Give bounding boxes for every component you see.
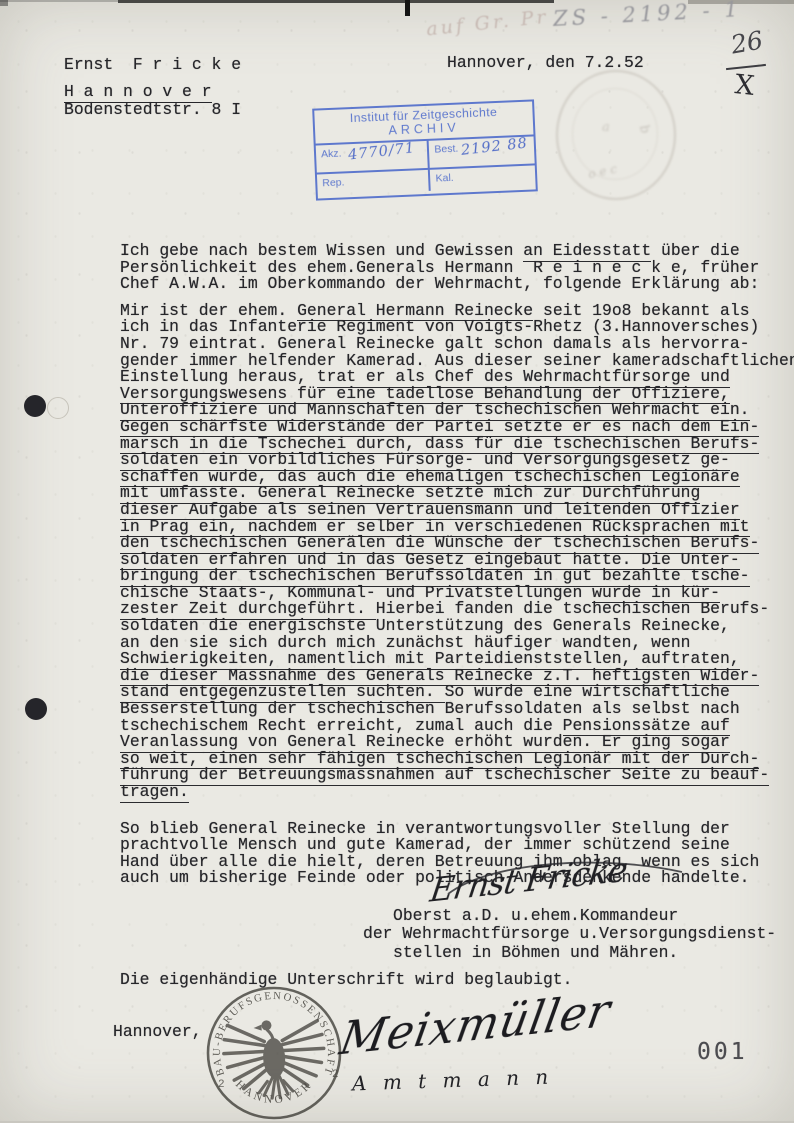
sender-name: Ernst F r i c k e <box>64 57 241 74</box>
scan-edge-mark <box>0 0 118 2</box>
signature-title-line1: Oberst a.D. u.ehem.Kommandeur <box>363 907 776 925</box>
field-value-handwritten: 4770/71 <box>347 140 416 163</box>
archive-ref-number: ZS - 2192 - 1 <box>553 0 743 31</box>
archive-stamp-field-rep: Rep. <box>317 170 431 196</box>
signature-title-line3: stellen in Böhmen und Mähren. <box>363 944 776 962</box>
text-line: dieser Aufgabe als seinen Vertrauensmann… <box>120 502 794 519</box>
page-number-stamp: 001 <box>697 1039 748 1065</box>
underlined-text: führung der Betreuungsmassnahmen auf tsc… <box>120 765 769 786</box>
scan-edge-tick <box>405 0 410 16</box>
field-label: Kal. <box>435 172 454 185</box>
seal-left-mark: 2 <box>218 1079 225 1091</box>
field-value-handwritten: 2192 88 <box>461 135 529 158</box>
certifier-title: A m t m a n n <box>352 1064 554 1095</box>
punch-hole-ghost <box>47 397 69 419</box>
sender-city: H a n n o v e r <box>64 84 212 101</box>
certification-place: Hannover, <box>113 1024 202 1041</box>
body-text: Ich gebe nach bestem Wissen und Gewissen… <box>120 243 794 897</box>
text-segment: Chef A.W.A. im Oberkommando der Wehrmach… <box>120 274 759 293</box>
text-line: führung der Betreuungsmassnahmen auf tsc… <box>120 767 794 784</box>
faint-postal-stamp: b oec a <box>556 70 676 200</box>
paragraph: Ich gebe nach bestem Wissen und Gewissen… <box>120 243 794 293</box>
signature-title-line2: der Wehrmachtfürsorge u.Versorgungsdiens… <box>363 925 776 943</box>
archive-stamp-field-akz: Akz. 4770/71 <box>316 141 430 173</box>
sender-street: Bodenstedtstr. 8 I <box>64 102 241 119</box>
certifier-signature: Meixmüller <box>336 983 615 1066</box>
paragraph: Mir ist der ehem. General Hermann Reinec… <box>120 303 794 801</box>
field-label: Best. <box>434 143 458 156</box>
document-page: Ernst F r i c k e H a n n o v e r Bodens… <box>0 0 794 1123</box>
corner-x-mark: X <box>733 69 755 102</box>
seal-right-mark: 2 <box>332 1069 339 1081</box>
text-line: tragen. <box>120 784 794 801</box>
field-label: Rep. <box>322 176 345 189</box>
pencil-note: auf Gr. Pr <box>425 6 549 41</box>
scan-edge-mark <box>118 0 554 3</box>
punch-hole <box>24 395 46 417</box>
punch-hole <box>25 698 47 720</box>
field-label: Akz. <box>321 148 342 161</box>
berufsgenossenschaft-seal: BAU-BERUFSGENOSSENSCHAFT HANNOVER 2 2 <box>202 983 348 1123</box>
scan-edge-mark <box>0 0 8 6</box>
archive-stamp-field-best: Best. 2192 88 <box>429 136 535 167</box>
text-line: Chef A.W.A. im Oberkommando der Wehrmach… <box>120 276 794 293</box>
underlined-text: tragen. <box>120 782 189 803</box>
archive-stamp-field-kal: Kal. <box>430 165 535 190</box>
faint-glyph: a <box>602 120 610 135</box>
archive-stamp: Institut für Zeitgeschichte ARCHIV Akz. … <box>312 99 538 200</box>
signature-title-block: Oberst a.D. u.ehem.Kommandeur der Wehrma… <box>363 907 776 962</box>
corner-number: 26 <box>729 25 765 59</box>
